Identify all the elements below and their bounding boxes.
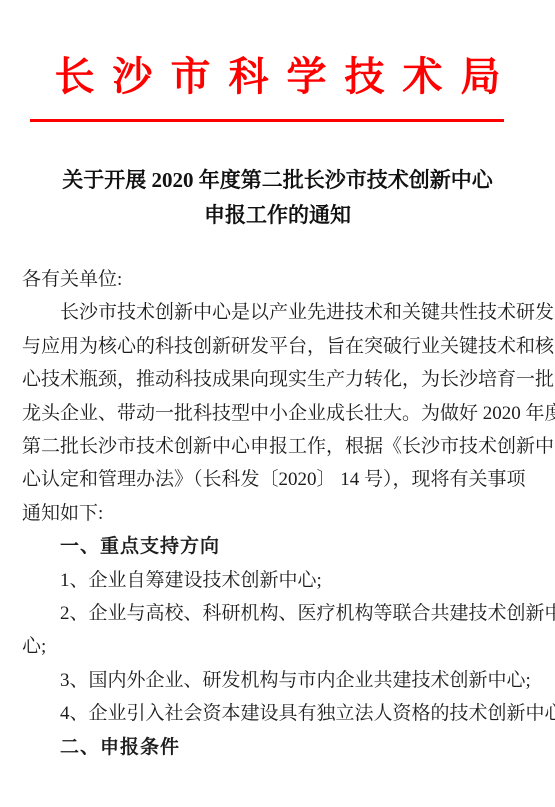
body-line: 通知如下:	[22, 497, 535, 530]
body-line: 第二批长沙市技术创新中心申报工作，根据《长沙市技术创新中	[22, 430, 535, 463]
issuer-letterhead: 长沙市科学技术局	[0, 57, 555, 97]
document-title-line1: 关于开展 2020 年度第二批长沙市技术创新中心	[0, 163, 555, 198]
document-title-line2: 申报工作的通知	[0, 198, 555, 233]
list-item-2-continuation: 心;	[22, 630, 535, 663]
section-heading-1: 一、重点支持方向	[22, 530, 535, 563]
letterhead-divider	[30, 119, 504, 122]
body-line: 心认定和管理办法》（长科发〔2020〕 14 号），现将有关事项	[22, 463, 535, 496]
list-item-2: 2、企业与高校、科研机构、医疗机构等联合共建技术创新中	[22, 597, 535, 630]
document-page: 长沙市科学技术局 关于开展 2020 年度第二批长沙市技术创新中心 申报工作的通…	[0, 0, 555, 807]
list-item-3: 3、国内外企业、研发机构与市内企业共建技术创新中心;	[22, 664, 535, 697]
salutation: 各有关单位:	[22, 263, 535, 296]
document-title: 关于开展 2020 年度第二批长沙市技术创新中心 申报工作的通知	[0, 163, 555, 233]
list-item-4: 4、企业引入社会资本建设具有独立法人资格的技术创新中心。	[22, 697, 535, 730]
body-line: 心技术瓶颈，推动科技成果向现实生产力转化，为长沙培育一批	[22, 363, 535, 396]
body-line: 与应用为核心的科技创新研发平台，旨在突破行业关键技术和核	[22, 330, 535, 363]
document-body: 各有关单位: 长沙市技术创新中心是以产业先进技术和关键共性技术研发 与应用为核心…	[0, 263, 555, 764]
body-line: 长沙市技术创新中心是以产业先进技术和关键共性技术研发	[22, 296, 535, 329]
section-heading-2: 二、申报条件	[22, 731, 535, 764]
list-item-1: 1、企业自筹建设技术创新中心;	[22, 564, 535, 597]
body-line: 龙头企业、带动一批科技型中小企业成长壮大。为做好 2020 年度	[22, 397, 535, 430]
